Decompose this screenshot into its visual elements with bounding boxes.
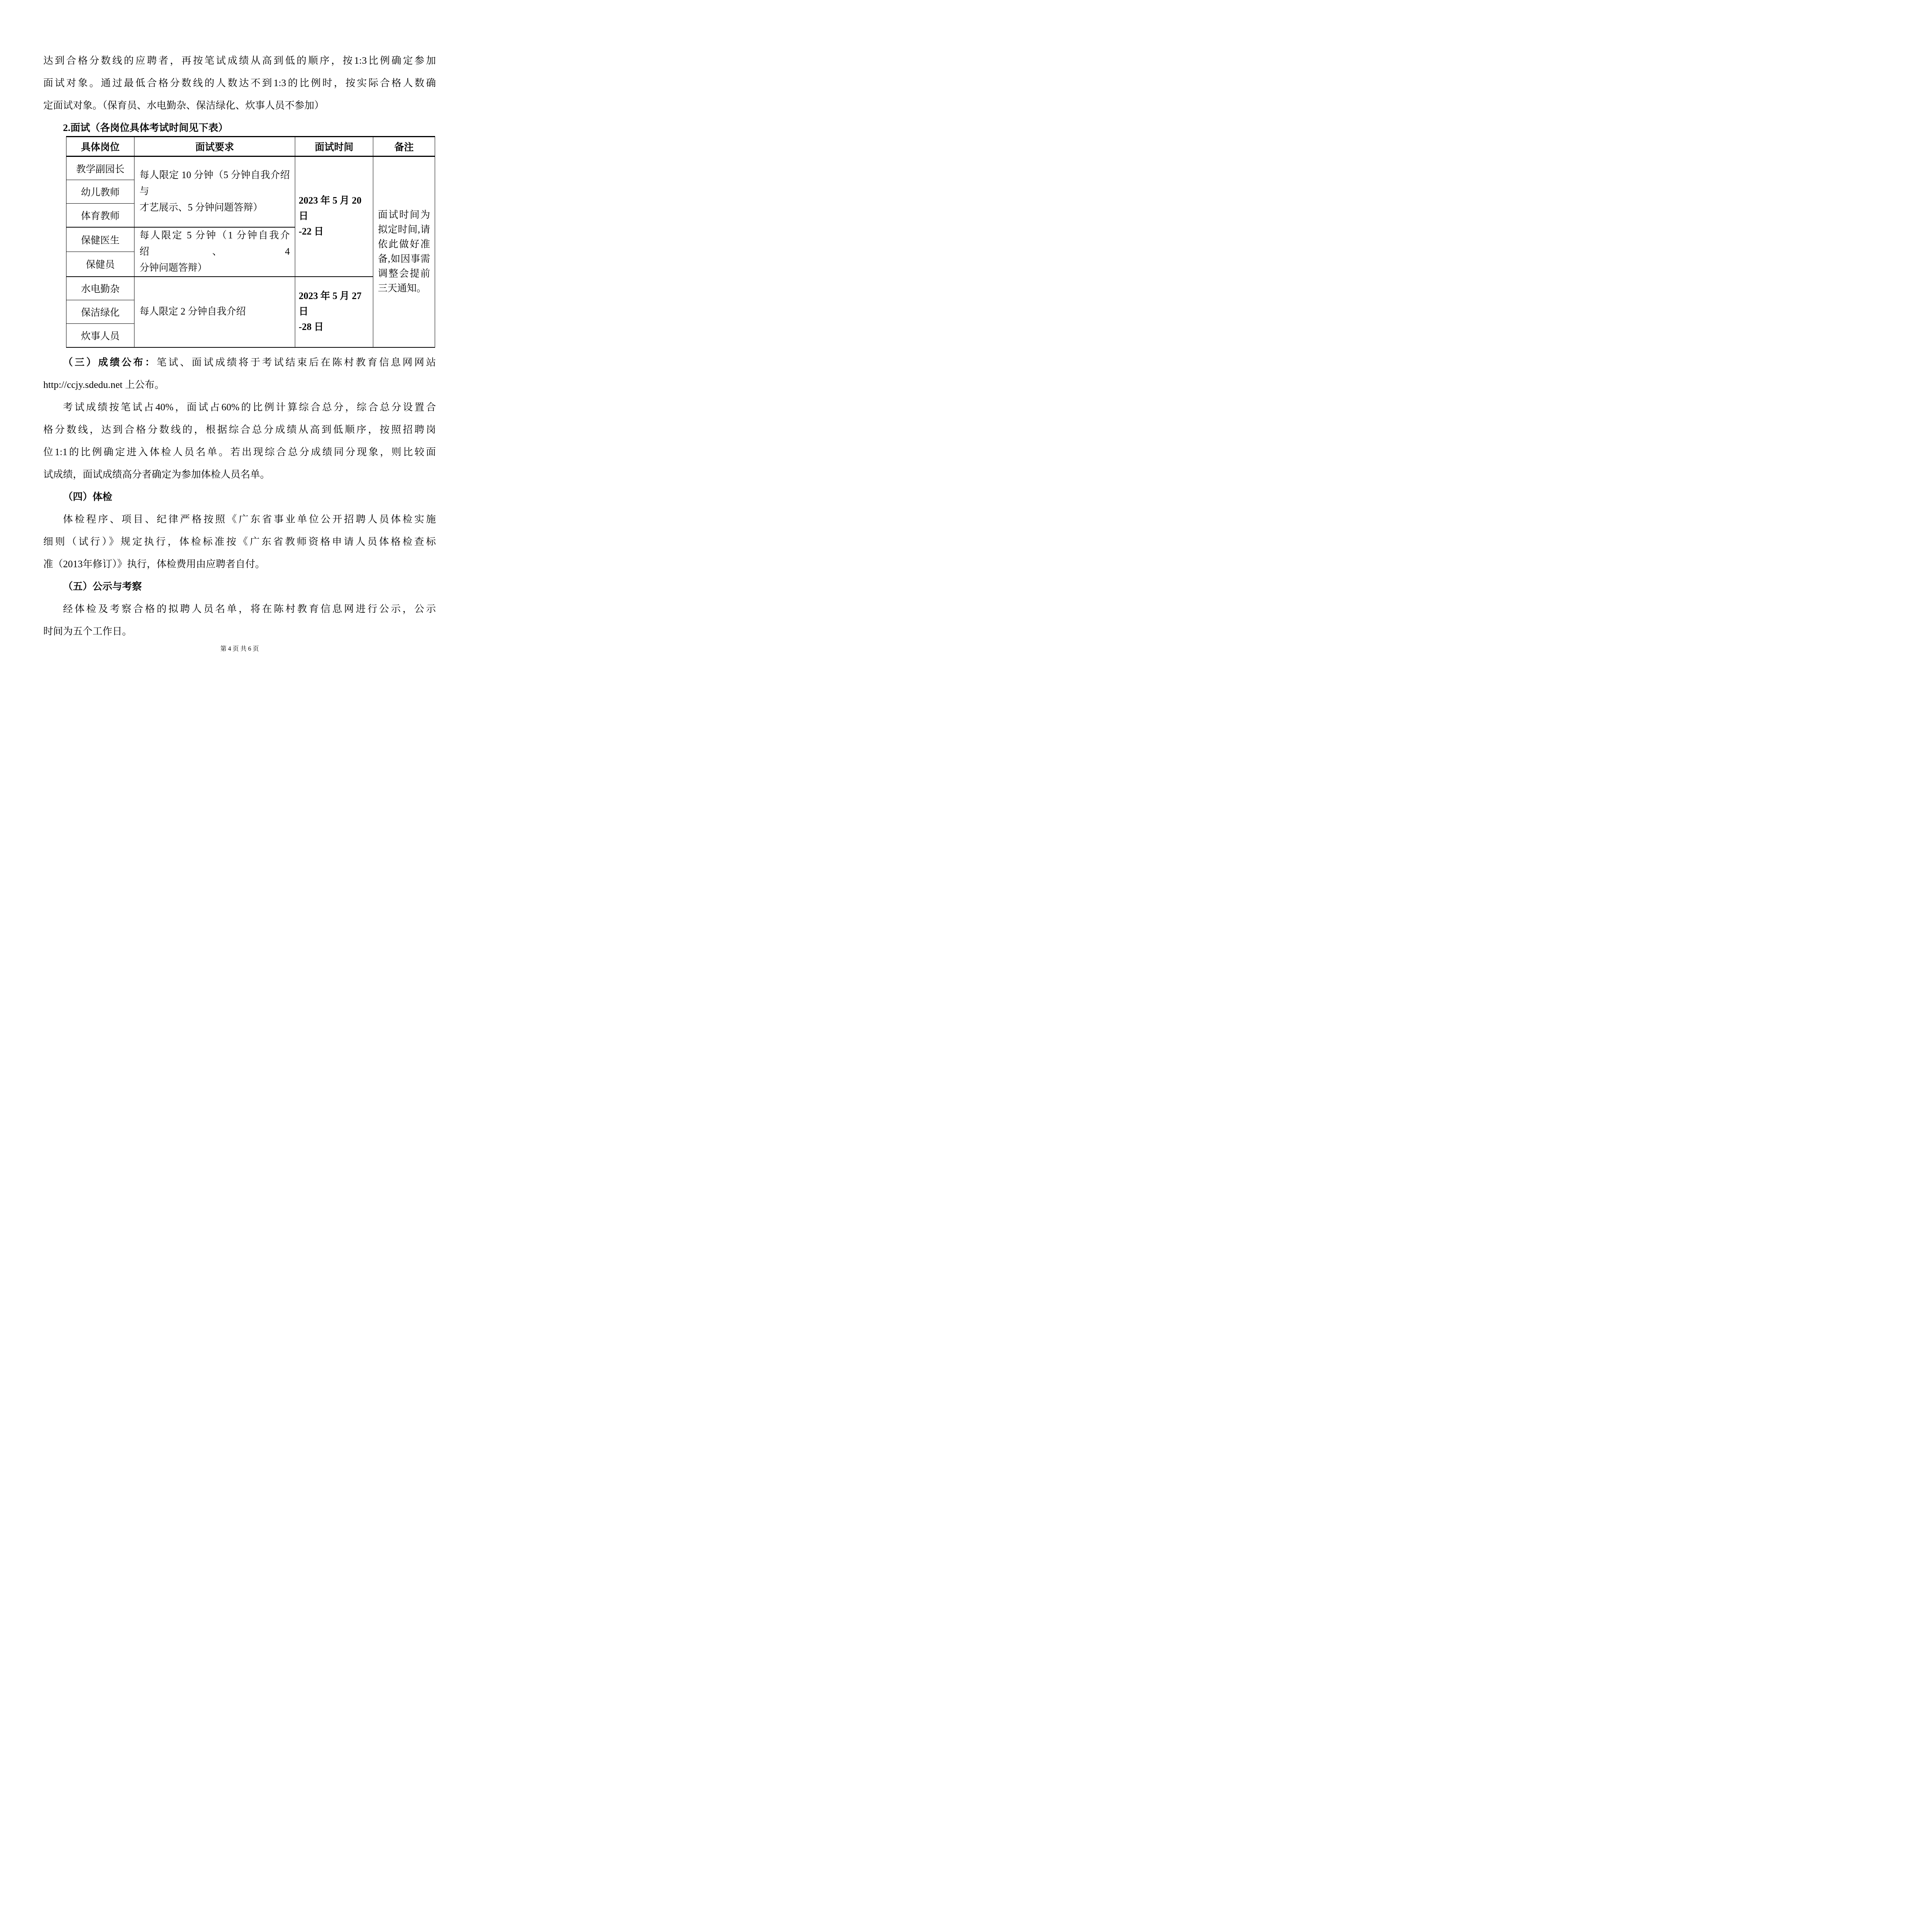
text-line: （四）体检: [43, 486, 436, 508]
bottom-paragraph-block: （三）成绩公布：笔试、面试成绩将于考试结束后在陈村教育信息网网站http://c…: [43, 351, 436, 643]
time-cell: 2023 年 5 月 27 日 -28 日: [295, 277, 373, 347]
body-text: 达到合格分数线的应聘者，再按笔试成绩从高到低的顺序，按1:3比例确定参加: [43, 55, 436, 66]
cell-line: 依此做好准: [378, 237, 430, 252]
cell-line: 2023 年 5 月 20 日: [299, 193, 369, 224]
bold-text: （三）成绩公布：: [63, 357, 156, 368]
document-page: { "page": { "footer": "第 4 页 共 6 页" }, "…: [0, 0, 479, 678]
text-line: 准（2013年修订）》执行，体检费用由应聘者自付。: [43, 553, 436, 575]
requirement-cell: 每人限定 10 分钟（5 分钟自我介绍与 才艺展示、5 分钟问题答辩）: [134, 156, 295, 227]
body-text: 格分数线，达到合格分数线的，根据综合总分成绩从高到低顺序，按照招聘岗: [43, 424, 436, 435]
position-cell: 炊事人员: [66, 324, 134, 347]
top-paragraph-block: 达到合格分数线的应聘者，再按笔试成绩从高到低的顺序，按1:3比例确定参加面试对象…: [43, 49, 436, 139]
body-text: 面试对象。通过最低合格分数线的人数达不到1:3的比例时，按实际合格人数确: [43, 77, 436, 88]
header-cell-requirement: 面试要求: [134, 137, 295, 156]
body-text: 时间为五个工作日。: [43, 626, 132, 637]
interview-schedule-table: 具体岗位 面试要求 面试时间 备注 教学副园长 每人限定 10 分钟（5 分钟自…: [66, 136, 435, 348]
cell-line: 拟定时间,请: [378, 223, 430, 237]
table-header-row: 具体岗位 面试要求 面试时间 备注: [66, 137, 435, 156]
text-line: 定面试对象。（保育员、水电勤杂、保洁绿化、炊事人员不参加）: [43, 94, 436, 117]
cell-line: -28 日: [299, 320, 369, 335]
text-line: http://ccjy.sdedu.net 上公布。: [43, 374, 436, 396]
text-line: （五）公示与考察: [43, 575, 436, 598]
cell-line: 每人限定 2 分钟自我介绍: [139, 304, 290, 320]
text-line: 试成绩，面试成绩高分者确定为参加体检人员名单。: [43, 463, 436, 486]
body-text: 准（2013年修订）》执行，体检费用由应聘者自付。: [43, 558, 265, 570]
body-text: 试成绩，面试成绩高分者确定为参加体检人员名单。: [43, 469, 270, 480]
text-line: 经体检及考察合格的拟聘人员名单，将在陈村教育信息网进行公示，公示: [43, 598, 436, 620]
header-cell-remark: 备注: [373, 137, 435, 156]
position-cell: 保健医生: [66, 227, 134, 252]
text-line: 格分数线，达到合格分数线的，根据综合总分成绩从高到低顺序，按照招聘岗: [43, 418, 436, 441]
body-text: 细则（试行）》规定执行，体检标准按《广东省教师资格申请人员体格检查标: [43, 536, 436, 547]
cell-line: -22 日: [299, 224, 369, 240]
text-line: 考试成绩按笔试占40%，面试占60%的比例计算综合总分，综合总分设置合: [43, 396, 436, 418]
cell-line: 分钟问题答辩）: [139, 260, 290, 276]
bold-text: 2.面试（各岗位具体考试时间见下表）: [63, 122, 228, 133]
text-line: 体检程序、项目、纪律严格按照《广东省事业单位公开招聘人员体检实施: [43, 508, 436, 531]
time-cell: 2023 年 5 月 20 日 -22 日: [295, 156, 373, 277]
cell-line: 每人限定 10 分钟（5 分钟自我介绍与: [139, 167, 290, 200]
position-cell: 水电勤杂: [66, 277, 134, 300]
text-line: 时间为五个工作日。: [43, 620, 436, 643]
body-text: 位1:1的比例确定进入体检人员名单。若出现综合总分成绩同分现象，则比较面: [43, 446, 436, 457]
body-text: http://ccjy.sdedu.net 上公布。: [43, 379, 165, 390]
position-cell: 幼儿教师: [66, 180, 134, 204]
position-cell: 保洁绿化: [66, 300, 134, 324]
text-line: 细则（试行）》规定执行，体检标准按《广东省教师资格申请人员体格检查标: [43, 531, 436, 553]
body-text: 考试成绩按笔试占40%，面试占60%的比例计算综合总分，综合总分设置合: [63, 401, 436, 413]
cell-line: 才艺展示、5 分钟问题答辩）: [139, 200, 290, 216]
header-cell-position: 具体岗位: [66, 137, 134, 156]
body-text: 定面试对象。（保育员、水电勤杂、保洁绿化、炊事人员不参加）: [43, 100, 324, 111]
bold-text: （五）公示与考察: [63, 581, 142, 592]
cell-line: 每人限定 5 分钟（1 分钟自我介绍、4: [139, 228, 290, 260]
page-number: 第 4 页 共 6 页: [0, 645, 479, 654]
body-text: 笔试、面试成绩将于考试结束后在陈村教育信息网网站: [156, 357, 436, 368]
cell-line: 调整会提前: [378, 267, 430, 281]
cell-line: 三天通知。: [378, 281, 430, 296]
requirement-cell: 每人限定 5 分钟（1 分钟自我介绍、4 分钟问题答辩）: [134, 227, 295, 277]
requirement-cell: 每人限定 2 分钟自我介绍: [134, 277, 295, 347]
position-cell: 体育教师: [66, 204, 134, 227]
text-line: 达到合格分数线的应聘者，再按笔试成绩从高到低的顺序，按1:3比例确定参加: [43, 49, 436, 72]
body-text: 体检程序、项目、纪律严格按照《广东省事业单位公开招聘人员体检实施: [63, 514, 436, 525]
table-row: 教学副园长 每人限定 10 分钟（5 分钟自我介绍与 才艺展示、5 分钟问题答辩…: [66, 156, 435, 180]
cell-line: 2023 年 5 月 27 日: [299, 289, 369, 320]
position-cell: 保健员: [66, 252, 134, 277]
position-cell: 教学副园长: [66, 156, 134, 180]
cell-line: 备,如因事需: [378, 252, 430, 267]
bold-text: （四）体检: [63, 491, 112, 502]
text-line: 面试对象。通过最低合格分数线的人数达不到1:3的比例时，按实际合格人数确: [43, 72, 436, 94]
body-text: 经体检及考察合格的拟聘人员名单，将在陈村教育信息网进行公示，公示: [63, 603, 436, 614]
header-cell-time: 面试时间: [295, 137, 373, 156]
cell-line: 面试时间为: [378, 208, 430, 223]
text-line: （三）成绩公布：笔试、面试成绩将于考试结束后在陈村教育信息网网站: [43, 351, 436, 374]
text-line: 位1:1的比例确定进入体检人员名单。若出现综合总分成绩同分现象，则比较面: [43, 441, 436, 463]
remark-cell: 面试时间为 拟定时间,请 依此做好准 备,如因事需 调整会提前 三天通知。: [373, 156, 435, 347]
